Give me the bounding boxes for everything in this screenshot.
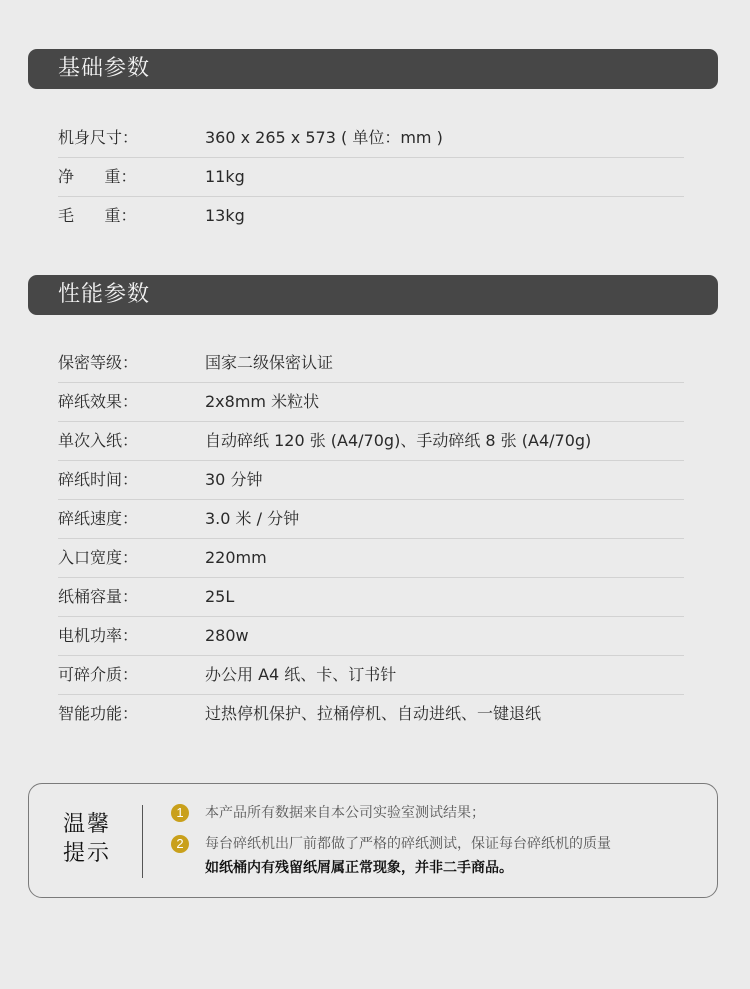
spec-row-gross-weight: 毛 重： 13kg xyxy=(58,197,684,236)
spec-table-performance: 保密等级： 国家二级保密认证 碎纸效果： 2x8mm 米粒状 单次入纸： 自动碎… xyxy=(58,344,684,734)
spec-label: 可碎介质： xyxy=(58,665,138,685)
spec-row-sheet-capacity: 单次入纸： 自动碎纸 120 张 (A4/70g)、手动碎纸 8 张 (A4/7… xyxy=(58,422,684,461)
tip-text: 每台碎纸机出厂前都做了严格的碎纸测试，保证每台碎纸机的质量 xyxy=(205,835,611,853)
spec-label: 碎纸时间： xyxy=(58,470,138,490)
spec-value: 220mm xyxy=(205,548,267,568)
tips-title-line2: 提示 xyxy=(63,839,119,868)
spec-row-bin-capacity: 纸桶容量： 25L xyxy=(58,578,684,617)
spec-value: 办公用 A4 纸、卡、订书针 xyxy=(205,665,396,685)
number-badge-icon: 2 xyxy=(171,835,189,853)
section-title-performance: 性能参数 xyxy=(58,281,150,309)
section-header-basic: 基础参数 xyxy=(28,49,718,89)
spec-label: 纸桶容量： xyxy=(58,587,138,607)
tip-emphasis: 如纸桶内有残留纸屑属正常现象，并非二手商品。 xyxy=(205,859,513,877)
spec-value: 自动碎纸 120 张 (A4/70g)、手动碎纸 8 张 (A4/70g) xyxy=(205,431,591,451)
spec-row-entry-width: 入口宽度： 220mm xyxy=(58,539,684,578)
spec-label: 保密等级： xyxy=(58,353,138,373)
spec-value: 国家二级保密认证 xyxy=(205,353,333,373)
spec-row-motor-power: 电机功率： 280w xyxy=(58,617,684,656)
spec-row-net-weight: 净 重： 11kg xyxy=(58,158,684,197)
spec-row-smart-features: 智能功能： 过热停机保护、拉桶停机、自动进纸、一键退纸 xyxy=(58,695,684,734)
spec-value: 11kg xyxy=(205,167,245,187)
spec-value: 过热停机保护、拉桶停机、自动进纸、一键退纸 xyxy=(205,704,541,724)
spec-value: 30 分钟 xyxy=(205,470,262,490)
tips-title-line1: 温馨 xyxy=(63,810,119,839)
spec-label: 净 重： xyxy=(58,167,137,187)
tips-divider xyxy=(142,805,143,878)
spec-label: 单次入纸： xyxy=(58,431,138,451)
spec-row-shred-effect: 碎纸效果： 2x8mm 米粒状 xyxy=(58,383,684,422)
spec-value: 3.0 米 / 分钟 xyxy=(205,509,299,529)
spec-label: 智能功能： xyxy=(58,704,138,724)
spec-row-security-level: 保密等级： 国家二级保密认证 xyxy=(58,344,684,383)
tip-text: 本产品所有数据来自本公司实验室测试结果； xyxy=(205,804,485,822)
section-header-performance: 性能参数 xyxy=(28,275,718,315)
section-title-basic: 基础参数 xyxy=(58,55,150,83)
spec-label: 毛 重： xyxy=(58,206,137,226)
spec-label: 碎纸效果： xyxy=(58,392,138,412)
spec-row-dimensions: 机身尺寸： 360 x 265 x 573 ( 单位：mm ) xyxy=(58,119,684,158)
spec-value: 360 x 265 x 573 ( 单位：mm ) xyxy=(205,128,443,148)
spec-value: 280w xyxy=(205,626,249,646)
spec-label: 机身尺寸： xyxy=(58,128,138,148)
spec-label: 碎纸速度： xyxy=(58,509,138,529)
spec-table-basic: 机身尺寸： 360 x 265 x 573 ( 单位：mm ) 净 重： 11k… xyxy=(58,119,684,236)
spec-label: 入口宽度： xyxy=(58,548,138,568)
spec-row-shred-time: 碎纸时间： 30 分钟 xyxy=(58,461,684,500)
tips-box: 温馨 提示 1 本产品所有数据来自本公司实验室测试结果； 2 每台碎纸机出厂前都… xyxy=(28,783,718,898)
spec-label: 电机功率： xyxy=(58,626,138,646)
spec-row-media: 可碎介质： 办公用 A4 纸、卡、订书针 xyxy=(58,656,684,695)
spec-value: 25L xyxy=(205,587,234,607)
tips-title: 温馨 提示 xyxy=(63,810,119,868)
spec-row-shred-speed: 碎纸速度： 3.0 米 / 分钟 xyxy=(58,500,684,539)
spec-value: 13kg xyxy=(205,206,245,226)
spec-value: 2x8mm 米粒状 xyxy=(205,392,319,412)
number-badge-icon: 1 xyxy=(171,804,189,822)
